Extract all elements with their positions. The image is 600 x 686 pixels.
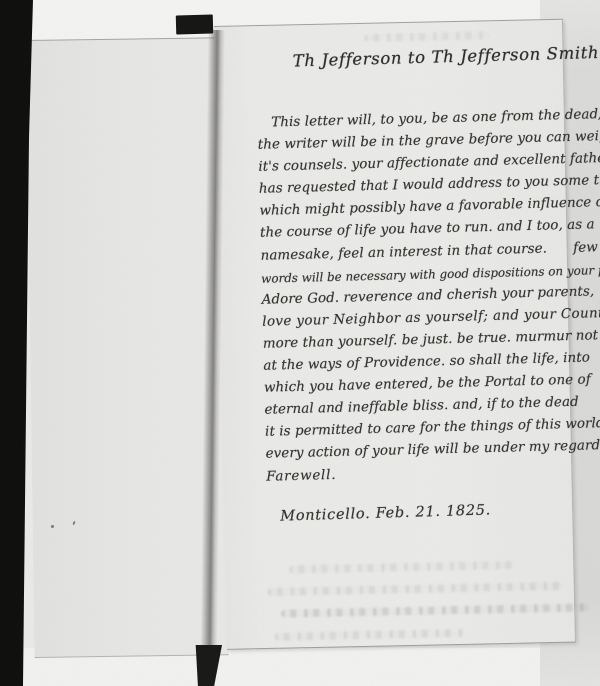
- bleedthrough-smudge: [364, 31, 489, 42]
- bleedthrough-line: [275, 629, 465, 641]
- bookmark-ribbon-top: [176, 15, 213, 35]
- bleedthrough-line: [268, 582, 563, 596]
- bleedthrough-line: [281, 603, 589, 617]
- letter-title: Th Jefferson to Th Jefferson Smith.: [292, 43, 600, 71]
- letter-dateline: Monticello. Feb. 21. 1825.: [280, 502, 491, 524]
- bleedthrough-line: [289, 561, 514, 574]
- blank-left-page: [26, 37, 229, 658]
- letter-body: This letter will, to you, be as one from…: [257, 105, 572, 488]
- scanned-manuscript: Th Jefferson to Th Jefferson Smith. This…: [0, 0, 600, 686]
- letter-page: Th Jefferson to Th Jefferson Smith. This…: [214, 19, 576, 650]
- paper-speck: [51, 525, 54, 528]
